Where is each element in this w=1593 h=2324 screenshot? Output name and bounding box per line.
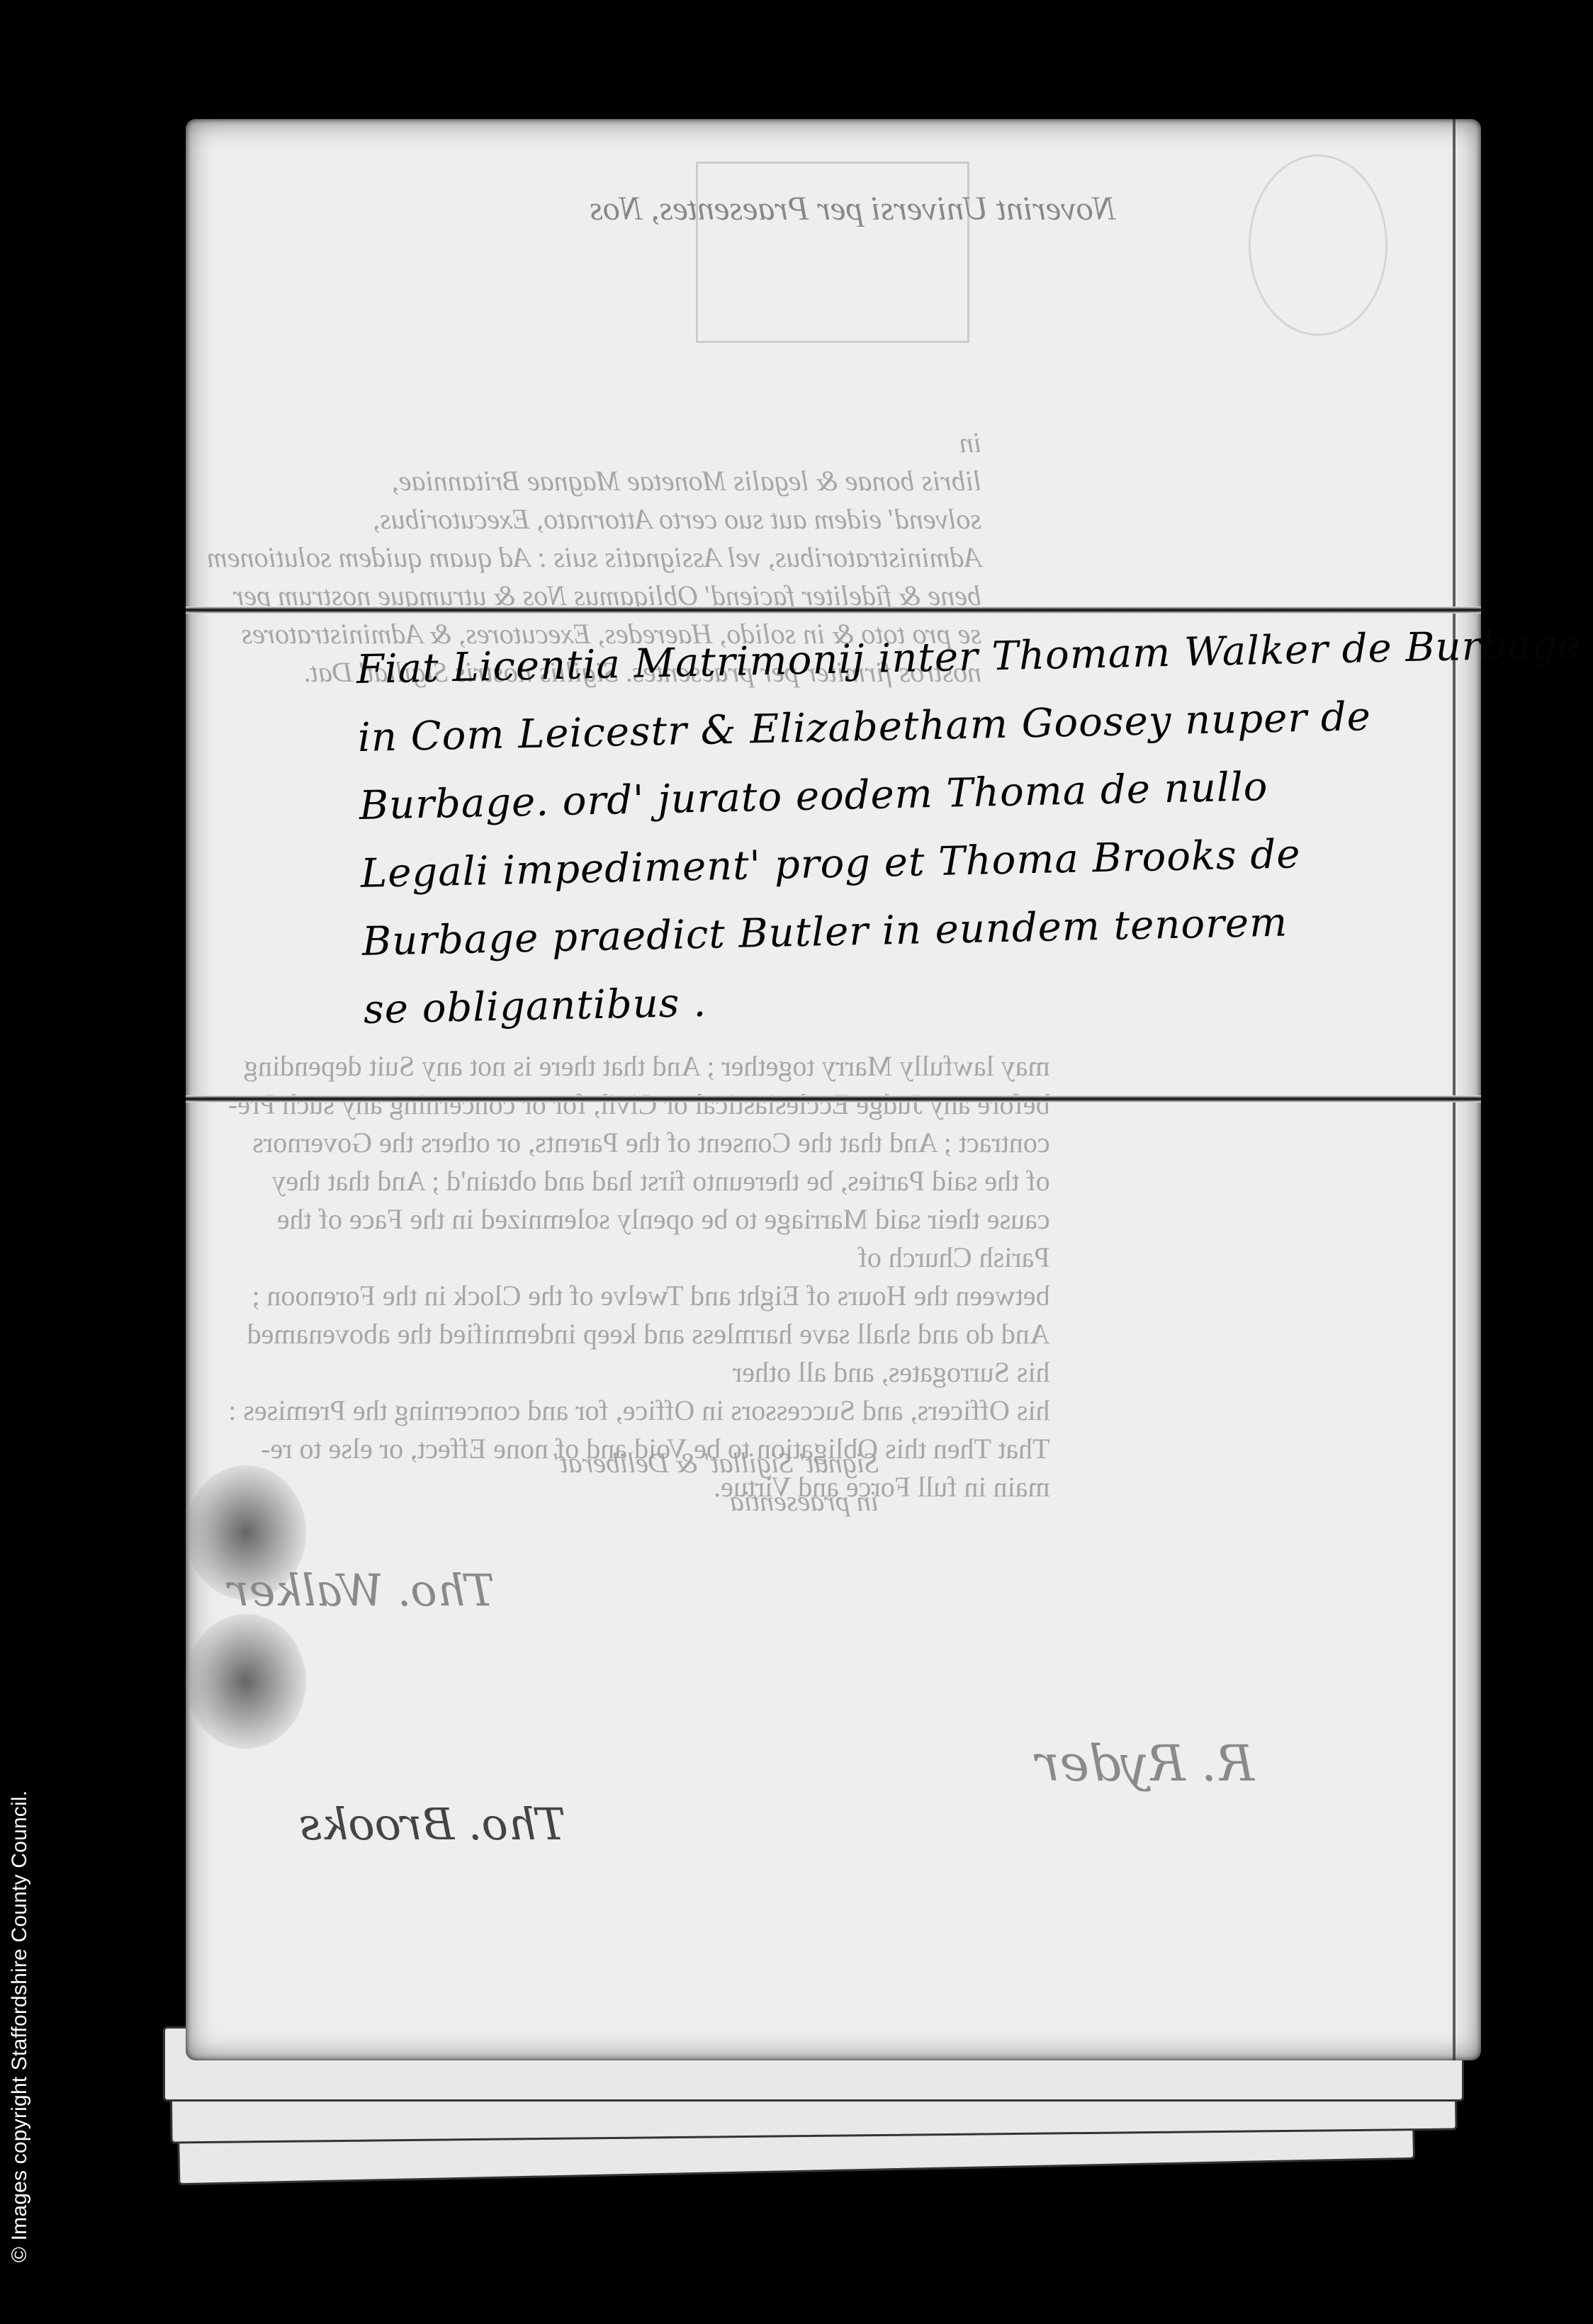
condition-line: may lawfully Marry together ; And that t…: [228, 1047, 1050, 1085]
bond-line: libris bonae & legalis Monetae Magnae Br…: [207, 462, 981, 500]
document-page: Noverint Universi per Praesentes, Nos in…: [186, 119, 1481, 2060]
duty-stamp: [696, 162, 969, 343]
faint-signature: Tho. Brooks: [299, 1798, 565, 1850]
bond-line: Administratoribus, vel Assignatis suis :…: [207, 538, 981, 577]
condition-line: his Surrogates, and all other: [228, 1353, 1050, 1392]
seal-smudge: [186, 1614, 306, 1749]
faint-signature: Tho. Walker: [228, 1564, 495, 1616]
condition-line: contract ; And that the Consent of the P…: [228, 1124, 1050, 1162]
show-through-condition-block: may lawfully Marry together ; And that t…: [228, 1047, 1050, 1506]
condition-line: cause their said Marriage to be openly s…: [228, 1200, 1050, 1239]
presence-label: in praesentia: [554, 1482, 879, 1521]
signature-label: Signat' Sigillat' & Deliberat': [554, 1444, 879, 1482]
handwritten-licence: Fiat Licentia Matrimonij inter Thomam Wa…: [356, 614, 1456, 1044]
bond-line: solvend' eidem aut suo certo Attornato, …: [207, 500, 981, 538]
condition-line: between the Hours of Eight and Twelve of…: [228, 1277, 1050, 1315]
bond-line: in: [207, 424, 981, 462]
condition-line: before any Judge Ecclesiastical or Civil…: [228, 1085, 1050, 1124]
condition-line: his Officers, and Successors in Office, …: [228, 1392, 1050, 1430]
condition-line: Parish Church of: [228, 1239, 1050, 1277]
fold-crease: [186, 607, 1481, 614]
show-through-heading: Noverint Universi per Praesentes, Nos: [590, 190, 1116, 228]
condition-line: And do and shall save harmless and keep …: [228, 1315, 1050, 1353]
copyright-text: © Images copyright Staffordshire County …: [8, 1790, 32, 2262]
condition-line: of the said Parties, be thereunto first …: [228, 1162, 1050, 1200]
faint-signature: R. Ryder: [1036, 1734, 1254, 1793]
show-through-signature-block: Signat' Sigillat' & Deliberat' in praese…: [554, 1444, 879, 1521]
page-edge: [1453, 119, 1456, 2060]
seal-impression: [1249, 154, 1387, 336]
fold-crease: [186, 1095, 1481, 1102]
copyright-strip: © Images copyright Staffordshire County …: [6, 1736, 34, 2317]
